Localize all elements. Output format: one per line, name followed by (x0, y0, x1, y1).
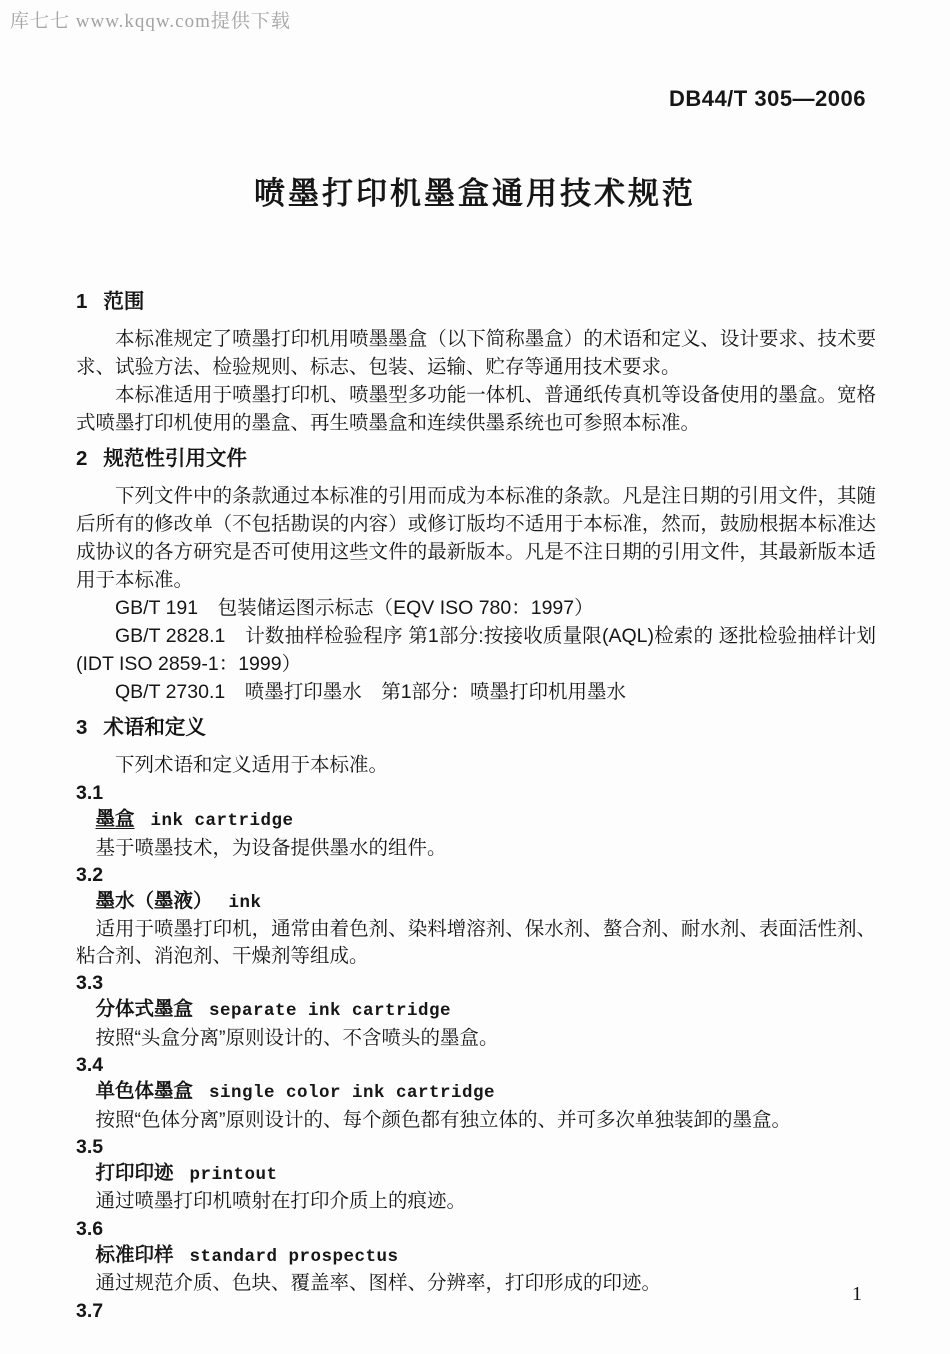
term-definition: 适用于喷墨打印机，通常由着色剂、染料增溶剂、保水剂、螯合剂、耐水剂、表面活性剂、… (76, 916, 876, 969)
term-number: 3.3 (76, 970, 876, 996)
normative-reference: QB/T 2730.1 喷墨打印墨水 第1部分：喷墨打印机用墨水 (76, 678, 876, 706)
section-1-title: 范围 (103, 290, 144, 313)
term-title: 分体式墨盒separate ink cartridge (76, 996, 876, 1024)
term-zh: 分体式墨盒 (96, 998, 194, 1020)
term-number: 3.5 (76, 1134, 876, 1160)
term-en: ink (229, 893, 262, 913)
term-definition: 按照“头盒分离”原则设计的、不含喷头的墨盒。 (76, 1025, 876, 1051)
document-title: 喷墨打印机墨盒通用技术规范 (0, 168, 950, 213)
term-zh: 单色体墨盒 (96, 1080, 194, 1102)
section-3-number: 3 (76, 716, 87, 739)
term-number: 3.1 (76, 780, 876, 806)
section-2-heading: 2规范性引用文件 (76, 445, 876, 473)
page-number: 1 (852, 1283, 862, 1306)
term-en: printout (190, 1165, 278, 1185)
term-en: single color ink cartridge (209, 1083, 495, 1103)
section-1-paragraph-1: 本标准规定了喷墨打印机用喷墨墨盒（以下简称墨盒）的术语和定义、设计要求、技术要求… (76, 325, 876, 381)
term-en: ink cartridge (151, 811, 294, 831)
section-1-number: 1 (76, 290, 87, 313)
normative-reference: GB/T 191 包装储运图示标志（EQV ISO 780：1997） (76, 594, 876, 622)
section-3-intro: 下列术语和定义适用于本标准。 (76, 751, 876, 779)
standard-number: DB44/T 305—2006 (669, 86, 866, 112)
term-definition: 通过喷墨打印机喷射在打印介质上的痕迹。 (76, 1188, 876, 1214)
term-title: 打印印迹printout (76, 1160, 876, 1188)
term-en: standard prospectus (190, 1247, 399, 1267)
document-body: 1范围 本标准规定了喷墨打印机用喷墨墨盒（以下简称墨盒）的术语和定义、设计要求、… (76, 288, 876, 1324)
section-3-title: 术语和定义 (103, 716, 206, 739)
section-2-title: 规范性引用文件 (103, 447, 247, 470)
watermark-text: 库七七 www.kqqw.com提供下载 (10, 6, 291, 33)
term-number: 3.4 (76, 1052, 876, 1078)
term-title: 墨水（墨液）ink (76, 888, 876, 916)
term-title: 单色体墨盒single color ink cartridge (76, 1078, 876, 1106)
term-definition: 基于喷墨技术，为设备提供墨水的组件。 (76, 835, 876, 861)
term-number: 3.6 (76, 1216, 876, 1242)
term-definition: 按照“色体分离”原则设计的、每个颜色都有独立体的、并可多次单独装卸的墨盒。 (76, 1107, 876, 1133)
term-zh: 墨盒 (96, 808, 135, 830)
term-zh: 打印印迹 (96, 1162, 174, 1184)
term-zh: 标准印样 (96, 1244, 174, 1266)
document-page: 库七七 www.kqqw.com提供下载 DB44/T 305—2006 喷墨打… (0, 0, 950, 1354)
term-zh: 墨水（墨液） (96, 890, 213, 912)
term-number: 3.7 (76, 1298, 876, 1324)
term-title: 墨盒ink cartridge (76, 806, 876, 834)
section-1-heading: 1范围 (76, 288, 876, 316)
term-definition: 通过规范介质、色块、覆盖率、图样、分辨率，打印形成的印迹。 (76, 1270, 876, 1296)
section-2-paragraph: 下列文件中的条款通过本标准的引用而成为本标准的条款。凡是注日期的引用文件，其随后… (76, 482, 876, 594)
section-1-paragraph-2: 本标准适用于喷墨打印机、喷墨型多功能一体机、普通纸传真机等设备使用的墨盒。宽格式… (76, 381, 876, 437)
normative-reference: GB/T 2828.1 计数抽样检验程序 第1部分:按接收质量限(AQL)检索的… (76, 622, 876, 678)
term-en: separate ink cartridge (209, 1001, 451, 1021)
term-number: 3.2 (76, 862, 876, 888)
section-2-number: 2 (76, 447, 87, 470)
term-title: 标准印样standard prospectus (76, 1242, 876, 1270)
section-3-heading: 3术语和定义 (76, 714, 876, 742)
terms-list: 3.1 墨盒ink cartridge 基于喷墨技术，为设备提供墨水的组件。 3… (76, 780, 876, 1324)
